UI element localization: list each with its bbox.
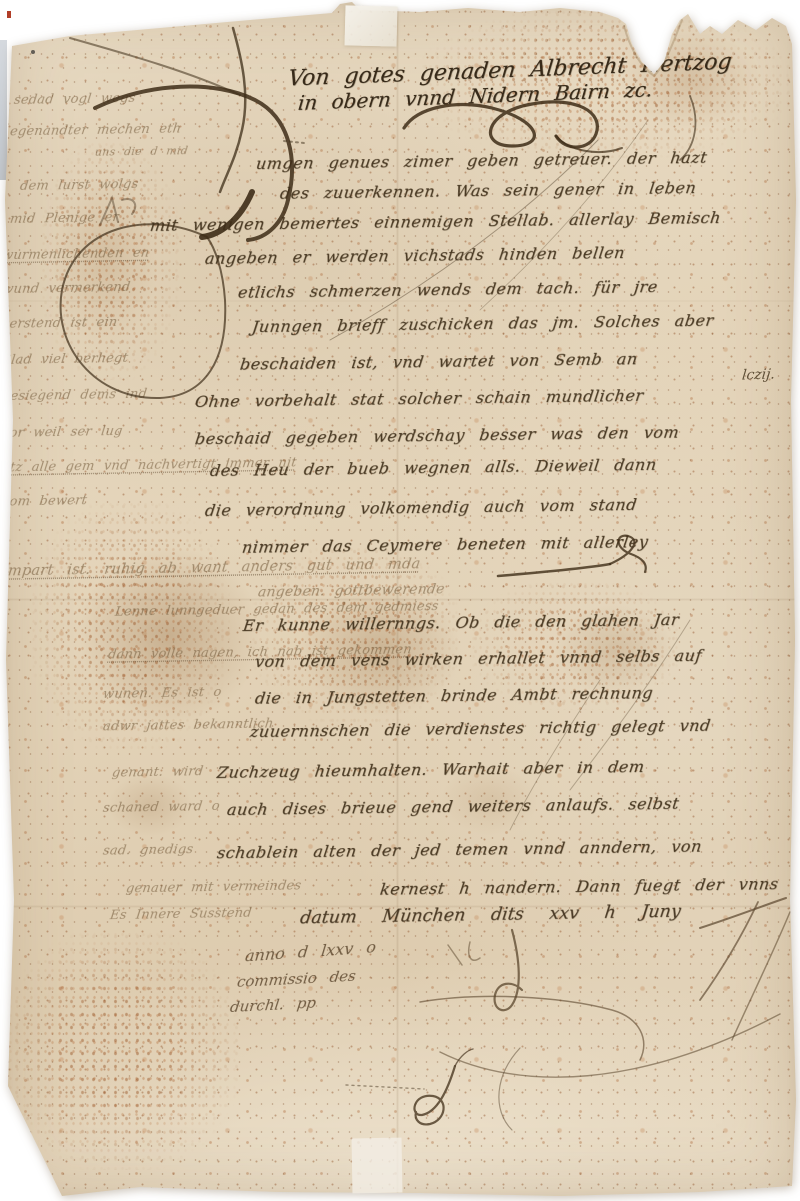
- margin-line: verstend ist ein: [1, 316, 118, 331]
- monogram-stroke: [455, 1049, 473, 1066]
- margin-line: genant. wird: [111, 765, 204, 780]
- margin-line: dem lurst wolgs: [19, 178, 139, 193]
- body-line: Er kunne willernngs. Ob die den glahen J…: [242, 612, 680, 634]
- foxing-patch: [0, 930, 240, 1170]
- margin-line: uns die d mid: [94, 145, 188, 158]
- margin-line: mid Plenige er: [9, 211, 120, 226]
- margin-line: sad. gnedigs: [102, 843, 194, 858]
- body-line: umgen genues zimer geben getreuer. der h…: [255, 150, 708, 172]
- margin-line: genauer mit vermeindes: [125, 879, 302, 895]
- monogram-stroke: [346, 1085, 424, 1089]
- subscription-line-commissio: commissio des: [236, 969, 357, 990]
- margin-line: wurmenlichenden en: [1, 247, 150, 263]
- parchment-sheet: Von gotes genaden Albrecht Hertzog in ob…: [0, 0, 800, 1201]
- body-line: Ohne vorbehalt stat solcher schain mundl…: [194, 388, 645, 410]
- flourish-stroke: [220, 28, 245, 192]
- flourish-stroke: [732, 912, 790, 1040]
- flourish-stroke: [700, 898, 786, 928]
- body-line: Junngen brieff zuschicken das jm. Solche…: [251, 313, 715, 335]
- date-line: datum München dits xxv h Juny: [299, 904, 682, 928]
- red-edge-mark: [7, 11, 11, 18]
- fragment-line: lczij.: [741, 367, 775, 382]
- margin-line: Impart ist. ruhig ab want anders gut und…: [1, 557, 421, 579]
- flourish-stroke: [700, 902, 758, 1000]
- body-line: des Heu der bueb wegnen alls. Dieweil da…: [209, 457, 658, 479]
- margin-line: angeben. gottbewerende: [257, 582, 445, 599]
- body-line: von dem vens wirken erhallet vnnd selbs …: [254, 648, 703, 670]
- body-line: auch dises brieue gend weiters anlaufs. …: [226, 796, 680, 818]
- margin-line: Slad viel berhegt: [1, 352, 129, 367]
- body-line: Zuchzeug hieumhalten. Warhait aber in de…: [216, 759, 645, 781]
- body-line: nimmer das Ceymere beneten mit allerley: [241, 534, 649, 556]
- tape-repair-top: [344, 5, 397, 46]
- margin-line: vund vermerkend: [5, 281, 131, 296]
- tear-mark-white: [17, 1134, 32, 1183]
- monogram-stroke: [414, 1066, 455, 1124]
- body-line: die verordnung volkomendig auch vom stan…: [204, 497, 638, 519]
- foxing-patch: [30, 500, 230, 750]
- body-line: etlichs schmerzen wends dem tach. für jr…: [237, 279, 659, 301]
- flourish-stroke: [498, 564, 610, 576]
- margin-line: vom bewert: [1, 494, 87, 509]
- body-line: kernest h nandern. Dann fuegt der vnns: [379, 876, 780, 898]
- body-line: schablein alten der jed temen vnnd annde…: [216, 839, 703, 862]
- flourish-stroke: [70, 38, 240, 95]
- signature-monogram: [346, 1048, 520, 1130]
- flourish-stroke: [448, 942, 480, 965]
- body-line: beschaiden ist, vnd wartet von Semb an: [239, 351, 639, 373]
- margin-line: Es Innere Susstend: [109, 907, 252, 923]
- tape-repair-bottom: [352, 1138, 403, 1194]
- margin-line: wunen. Es ist o: [102, 686, 222, 701]
- flourish-stroke: [284, 141, 304, 143]
- body-line: beschaid gegeben werdschay besser was de…: [194, 425, 680, 448]
- body-line: des zuuerkennen. Was sein gener in leben: [279, 180, 697, 202]
- subscription-line-durchl: durchl. pp: [229, 996, 317, 1016]
- monogram-stroke: [499, 1048, 520, 1130]
- ink-dot: [31, 50, 35, 54]
- margin-line: adwr jattes bekanntlich: [102, 717, 274, 733]
- body-line: mit wenigen bemertes einnemigen Stellab.…: [149, 210, 722, 234]
- margin-line: schaned ward o: [102, 800, 220, 815]
- margin-line: sedad vogl wegs: [13, 92, 136, 107]
- body-line: zuuernnschen die verdienstes richtig gel…: [249, 718, 712, 740]
- margin-line: gesiegend dems ind: [1, 388, 148, 404]
- manuscript-photo: Von gotes genaden Albrecht Hertzog in ob…: [0, 0, 800, 1201]
- body-line: die in Jungstetten brinde Ambt rechnung: [254, 685, 654, 707]
- subscription-line-anno: anno d lxxv o: [244, 939, 377, 964]
- flourish-stroke: [495, 930, 522, 1010]
- flourish-mid-right: [498, 536, 690, 830]
- margin-line: vor weil ser lug: [1, 425, 123, 440]
- flourish-stroke: [420, 996, 644, 1060]
- flourish-stroke: [440, 1014, 780, 1077]
- body-line: angeben er werden vichstads hinden belle…: [204, 245, 626, 267]
- paper-shadow-wrap: Von gotes genaden Albrecht Hertzog in ob…: [0, 0, 800, 1201]
- fold-crease: [0, 300, 800, 302]
- margin-line: egenandter mechen eth: [9, 122, 182, 138]
